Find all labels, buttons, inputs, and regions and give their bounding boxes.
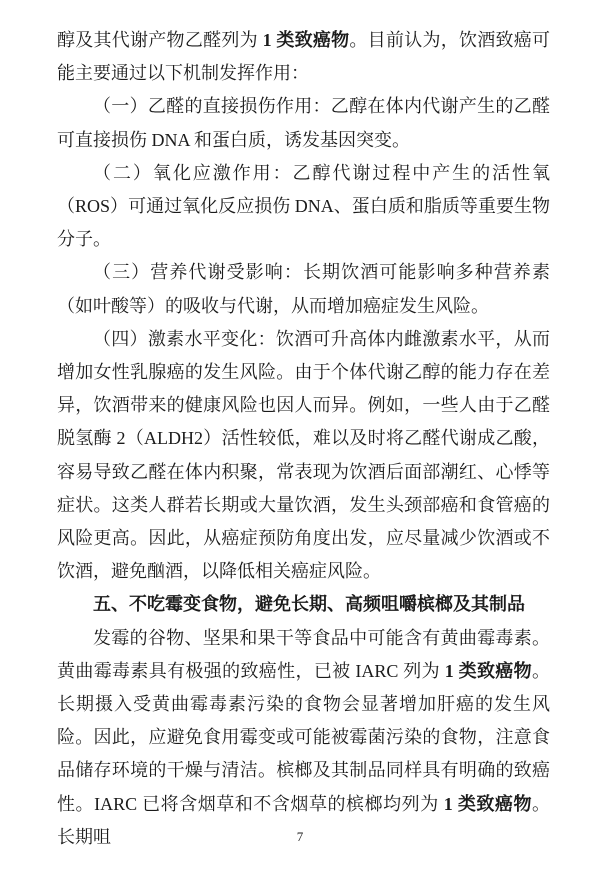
document-body: 醇及其代谢产物乙醛列为 1 类致癌物。目前认为，饮酒致癌可能主要通过以下机制发挥… <box>57 24 550 854</box>
paragraph: 发霉的谷物、坚果和果干等食品中可能含有黄曲霉毒素。黄曲霉毒素具有极强的致癌性，已… <box>57 622 550 854</box>
emphasis-text: 1 类致癌物 <box>263 30 350 50</box>
text-segment: （四）激素水平变化：饮酒可升高体内雌激素水平，从而增加女性乳腺癌的发生风险。由于… <box>57 329 550 581</box>
text-segment: （二）氧化应激作用：乙醇代谢过程中产生的活性氧（ROS）可通过氧化反应损伤 DN… <box>57 163 550 249</box>
text-segment: （一）乙醛的直接损伤作用：乙醇在体内代谢产生的乙醛可直接损伤 DNA 和蛋白质，… <box>57 96 550 149</box>
paragraph: （二）氧化应激作用：乙醇代谢过程中产生的活性氧（ROS）可通过氧化反应损伤 DN… <box>57 157 550 257</box>
emphasis-text: 五、不吃霉变食物，避免长期、高频咀嚼槟榔及其制品 <box>93 594 525 614</box>
emphasis-text: 1 类致癌物 <box>445 661 532 681</box>
text-segment: 醇及其代谢产物乙醛列为 <box>57 30 263 50</box>
page-number: 7 <box>0 829 600 845</box>
text-segment: 。长期摄入受黄曲霉毒素污染的食物会显著增加肝癌的发生风险。因此，应避免食用霉变或… <box>57 661 550 814</box>
paragraph: 醇及其代谢产物乙醛列为 1 类致癌物。目前认为，饮酒致癌可能主要通过以下机制发挥… <box>57 24 550 90</box>
text-segment: （三）营养代谢受影响：长期饮酒可能影响多种营养素（如叶酸等）的吸收与代谢，从而增… <box>57 262 550 315</box>
document-page: 醇及其代谢产物乙醛列为 1 类致癌物。目前认为，饮酒致癌可能主要通过以下机制发挥… <box>0 0 600 870</box>
paragraph: （一）乙醛的直接损伤作用：乙醇在体内代谢产生的乙醛可直接损伤 DNA 和蛋白质，… <box>57 90 550 156</box>
paragraph: （三）营养代谢受影响：长期饮酒可能影响多种营养素（如叶酸等）的吸收与代谢，从而增… <box>57 256 550 322</box>
emphasis-text: 1 类致癌物 <box>444 794 532 814</box>
paragraph: （四）激素水平变化：饮酒可升高体内雌激素水平，从而增加女性乳腺癌的发生风险。由于… <box>57 323 550 589</box>
section-heading: 五、不吃霉变食物，避免长期、高频咀嚼槟榔及其制品 <box>57 588 550 621</box>
